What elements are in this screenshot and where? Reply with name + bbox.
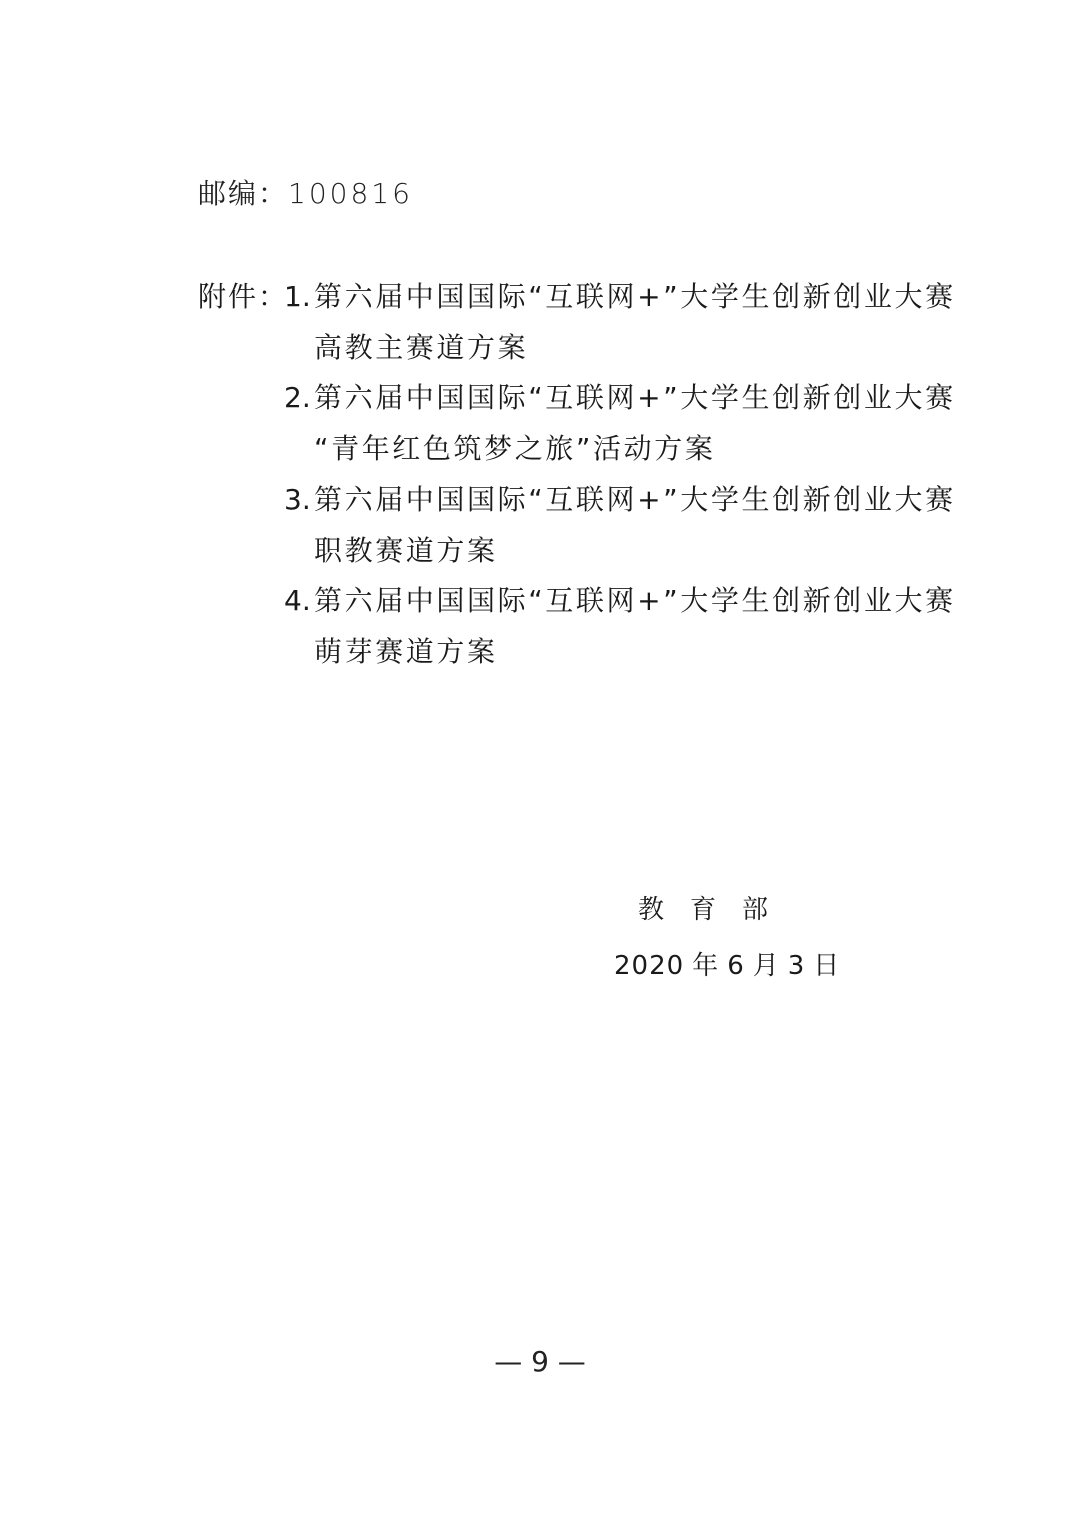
attachment-title: 第六届中国国际“互联网+”大学生创新创业大赛 bbox=[314, 280, 956, 313]
attachment-index: 2. bbox=[284, 380, 314, 416]
page-number: — 9 — bbox=[0, 1344, 1080, 1380]
attachment-item-4: 4.第六届中国国际“互联网+”大学生创新创业大赛 bbox=[284, 583, 956, 619]
issue-date: 2020年6月3日 bbox=[614, 948, 840, 984]
attachments-label: 附件： bbox=[198, 279, 288, 315]
attachment-index: 4. bbox=[284, 583, 314, 619]
attachment-item-2-cont: “青年红色筑梦之旅”活动方案 bbox=[314, 431, 715, 467]
attachment-item-4-cont: 萌芽赛道方案 bbox=[314, 634, 498, 670]
attachment-title: 第六届中国国际“互联网+”大学生创新创业大赛 bbox=[314, 483, 956, 516]
postcode-line: 邮编：100816 bbox=[198, 176, 413, 212]
issuer-name: 教育部 bbox=[638, 893, 794, 927]
attachment-index: 3. bbox=[284, 482, 314, 518]
attachment-item-2: 2.第六届中国国际“互联网+”大学生创新创业大赛 bbox=[284, 380, 956, 416]
attachment-item-1: 1.第六届中国国际“互联网+”大学生创新创业大赛 bbox=[284, 279, 956, 315]
postcode-value: 100816 bbox=[288, 177, 413, 210]
date-month: 6 bbox=[727, 951, 745, 981]
attachment-item-1-cont: 高教主赛道方案 bbox=[314, 330, 528, 366]
attachment-title: 第六届中国国际“互联网+”大学生创新创业大赛 bbox=[314, 381, 956, 414]
attachment-index: 1. bbox=[284, 279, 314, 315]
attachment-title: 第六届中国国际“互联网+”大学生创新创业大赛 bbox=[314, 584, 956, 617]
postcode-label: 邮编： bbox=[198, 177, 288, 210]
date-day-unit: 日 bbox=[813, 951, 840, 981]
attachment-item-3: 3.第六届中国国际“互联网+”大学生创新创业大赛 bbox=[284, 482, 956, 518]
date-year-unit: 年 bbox=[692, 951, 719, 981]
date-month-unit: 月 bbox=[753, 951, 780, 981]
date-year: 2020 bbox=[614, 951, 684, 981]
date-day: 3 bbox=[788, 951, 806, 981]
attachment-item-3-cont: 职教赛道方案 bbox=[314, 533, 498, 569]
